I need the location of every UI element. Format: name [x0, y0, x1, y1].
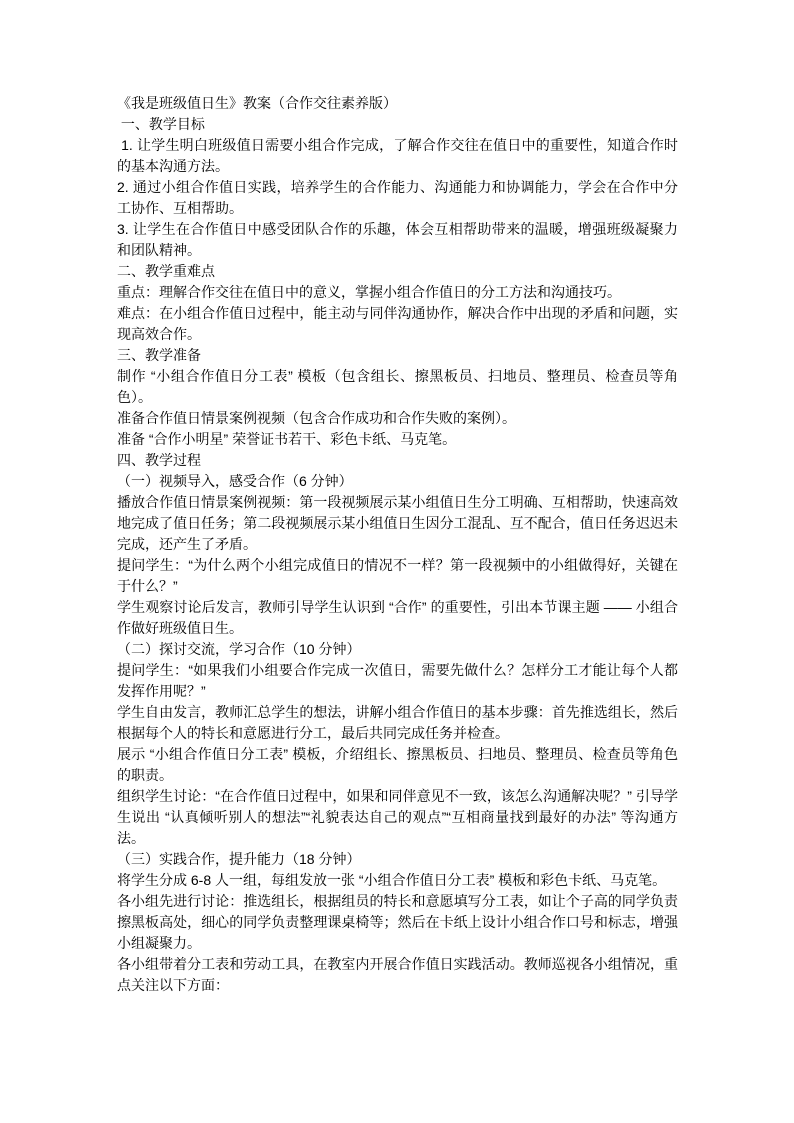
subsection-heading: （二）探讨交流，学习合作（10 分钟）	[117, 639, 678, 660]
paragraph: 重点：理解合作交往在值日中的意义，掌握小组合作值日的分工方法和沟通技巧。	[117, 282, 678, 303]
paragraph: 2. 通过小组合作值日实践，培养学生的合作能力、沟通能力和协调能力，学会在合作中…	[117, 177, 678, 219]
paragraph: 组织学生讨论：“在合作值日过程中，如果和同伴意见不一致，该怎么沟通解决呢？” 引…	[117, 786, 678, 849]
document-title: 《我是班级值日生》教案（合作交往素养版）	[117, 93, 678, 114]
paragraph: 各小组带着分工表和劳动工具，在教室内开展合作值日实践活动。教师巡视各小组情况，重…	[117, 954, 678, 996]
paragraph: 准备合作值日情景案例视频（包含合作成功和合作失败的案例）。	[117, 408, 678, 429]
paragraph: 难点：在小组合作值日过程中，能主动与同伴沟通协作，解决合作中出现的矛盾和问题，实…	[117, 303, 678, 345]
paragraph: 将学生分成 6-8 人一组，每组发放一张 “小组合作值日分工表” 模板和彩色卡纸…	[117, 870, 678, 891]
paragraph: 1. 让学生明白班级值日需要小组合作完成，了解合作交往在值日中的重要性，知道合作…	[117, 135, 678, 177]
paragraph: 各小组先进行讨论：推选组长，根据组员的特长和意愿填写分工表，如让个子高的同学负责…	[117, 891, 678, 954]
page-background: 《我是班级值日生》教案（合作交往素养版） 一、教学目标 1. 让学生明白班级值日…	[0, 0, 794, 1123]
document-page: { "colors": { "page_background": "#fffff…	[0, 0, 794, 1123]
section-heading: 一、教学目标	[117, 114, 678, 135]
subsection-heading: （三）实践合作，提升能力（18 分钟）	[117, 849, 678, 870]
paragraph: 提问学生：“为什么两个小组完成值日的情况不一样？第一段视频中的小组做得好，关键在…	[117, 555, 678, 597]
paragraph: 学生自由发言，教师汇总学生的想法，讲解小组合作值日的基本步骤：首先推选组长，然后…	[117, 702, 678, 744]
paragraph: 3. 让学生在合作值日中感受团队合作的乐趣，体会互相帮助带来的温暖，增强班级凝聚…	[117, 219, 678, 261]
paragraph: 提问学生：“如果我们小组要合作完成一次值日，需要先做什么？怎样分工才能让每个人都…	[117, 660, 678, 702]
section-heading: 三、教学准备	[117, 345, 678, 366]
paragraph: 准备 “合作小明星” 荣誉证书若干、彩色卡纸、马克笔。	[117, 429, 678, 450]
document-body: 《我是班级值日生》教案（合作交往素养版） 一、教学目标 1. 让学生明白班级值日…	[117, 93, 678, 996]
paragraph: 播放合作值日情景案例视频：第一段视频展示某小组值日生分工明确、互相帮助，快速高效…	[117, 492, 678, 555]
section-heading: 四、教学过程	[117, 450, 678, 471]
section-heading: 二、教学重难点	[117, 261, 678, 282]
paragraph: 学生观察讨论后发言，教师引导学生认识到 “合作” 的重要性，引出本节课主题 ——…	[117, 597, 678, 639]
paragraph: 制作 “小组合作值日分工表” 模板（包含组长、擦黑板员、扫地员、整理员、检查员等…	[117, 366, 678, 408]
subsection-heading: （一）视频导入，感受合作（6 分钟）	[117, 471, 678, 492]
paragraph: 展示 “小组合作值日分工表” 模板，介绍组长、擦黑板员、扫地员、整理员、检查员等…	[117, 744, 678, 786]
